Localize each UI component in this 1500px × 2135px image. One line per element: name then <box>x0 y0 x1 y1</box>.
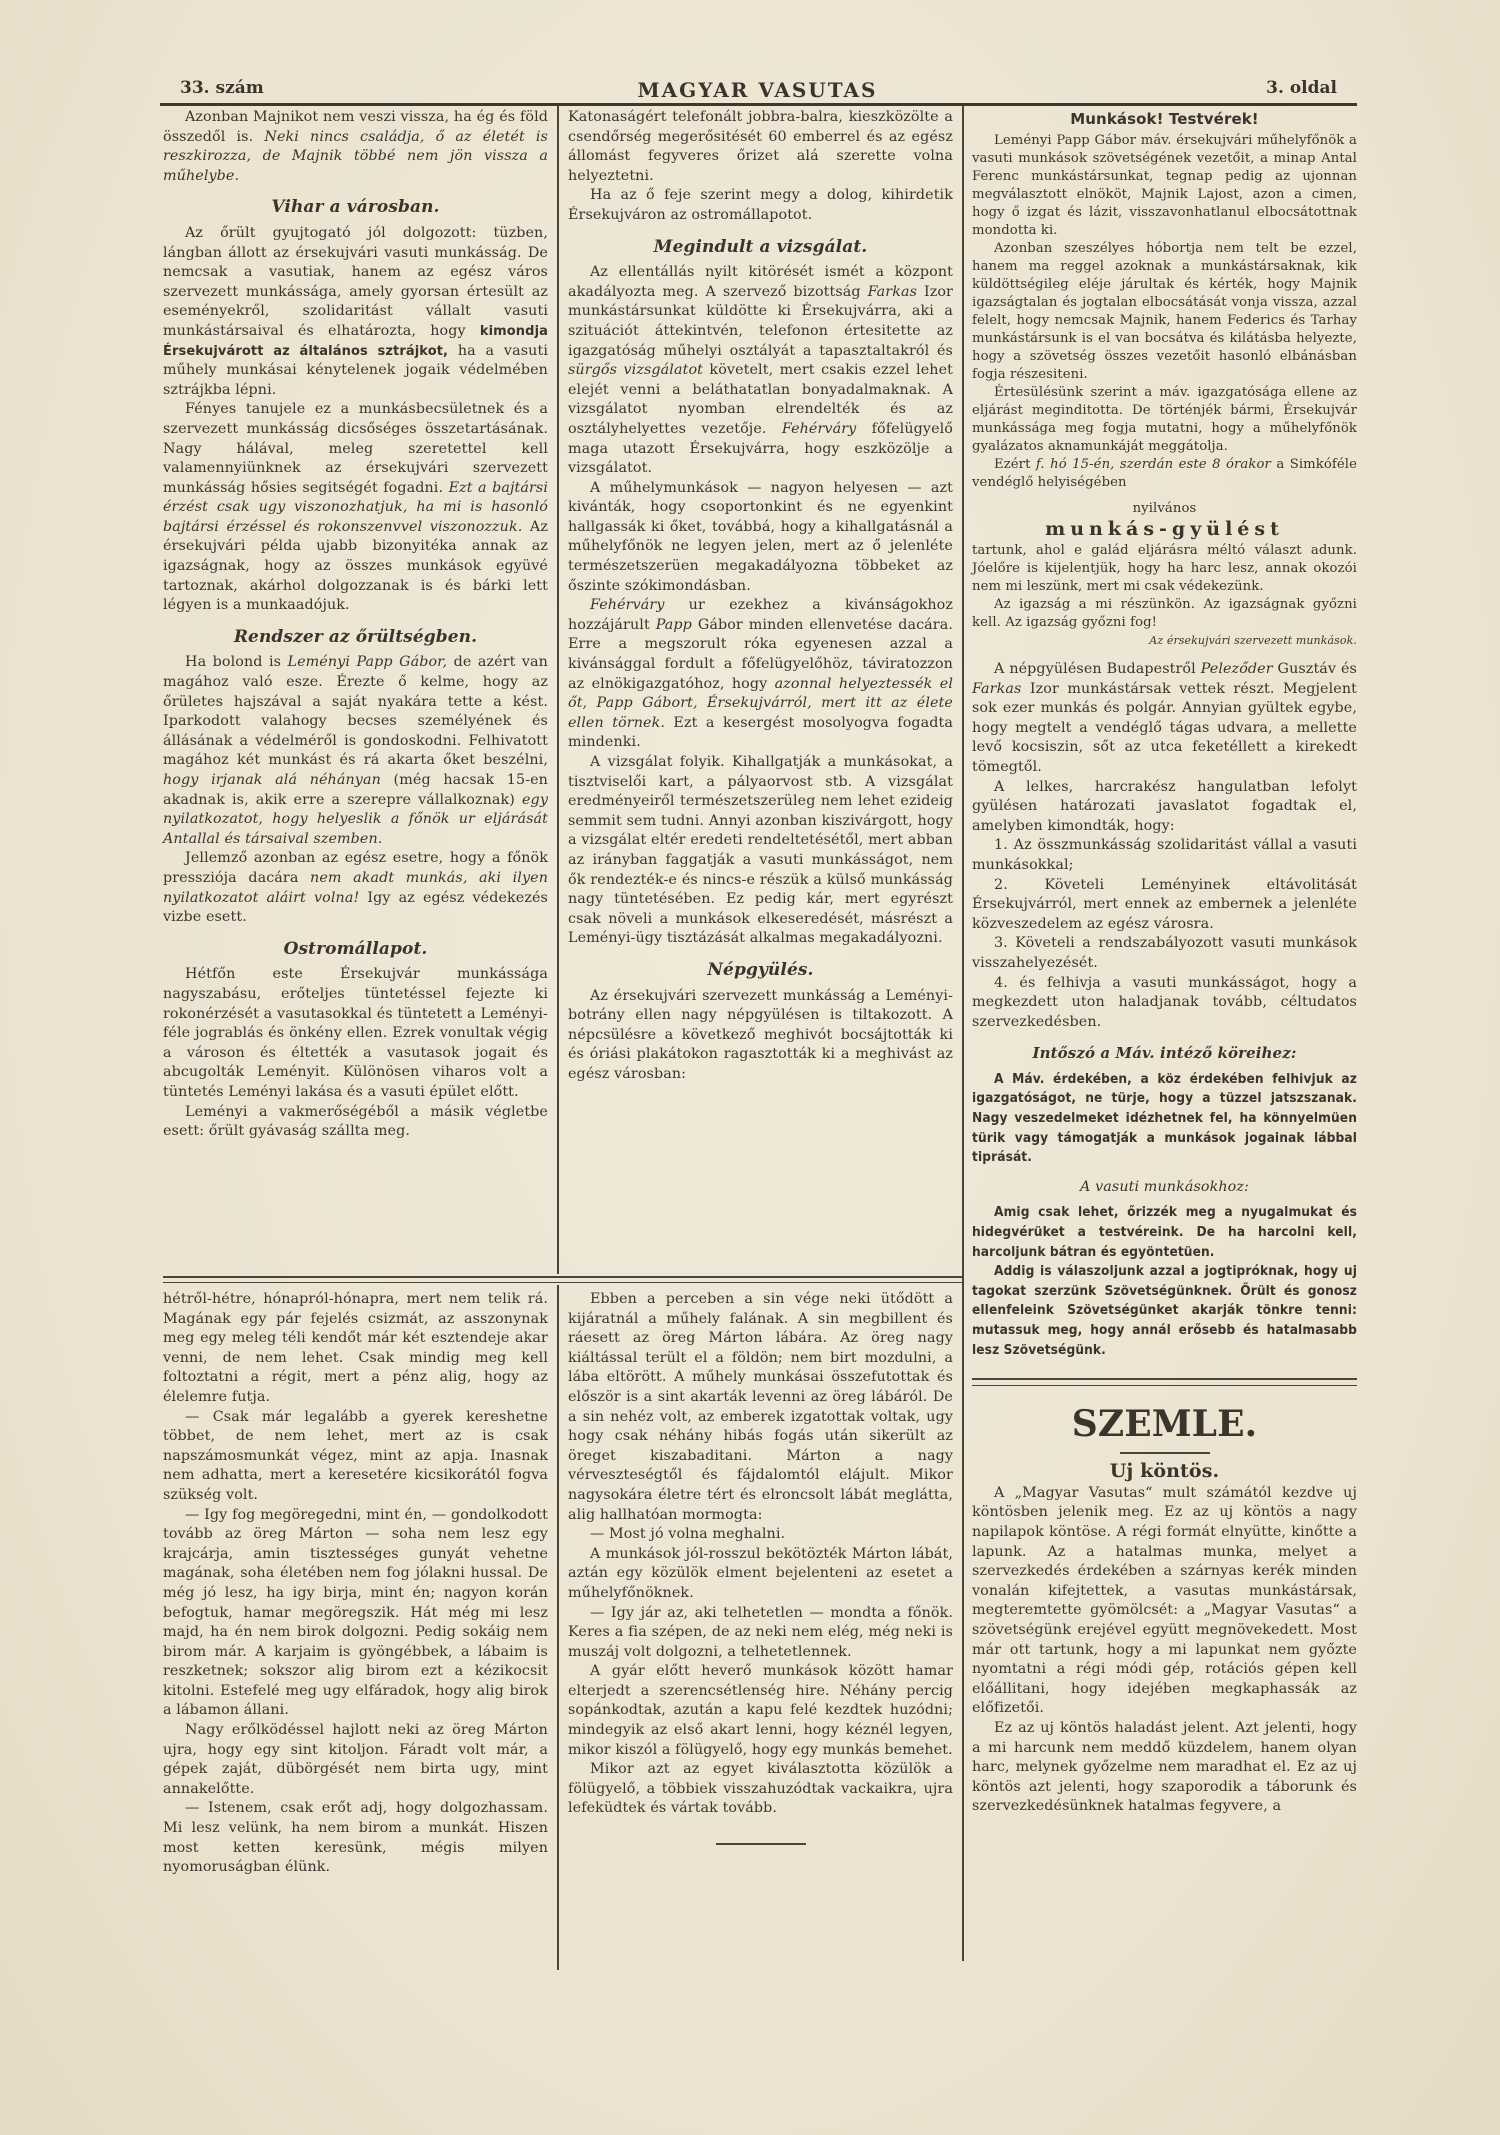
proclamation-heading: Munkások! Testvérek! <box>972 110 1357 128</box>
paragraph: Az őrült gyujtogató jól dolgozott: tüzbe… <box>163 224 548 400</box>
paragraph: hétről-hétre, hónapról-hónapra, mert nem… <box>163 1290 548 1408</box>
article-column-3: Munkások! Testvérek! Leményi Papp Gábor … <box>972 108 1357 1817</box>
signature: Az érsekujvári szervezett munkások. <box>972 632 1357 650</box>
paragraph: Fehérváry ur ezekhez a kivánságokhoz hoz… <box>568 596 953 753</box>
story-column-1-bottom: hétről-hétre, hónapról-hónapra, mert nem… <box>163 1290 548 1878</box>
paragraph: Leményi Papp Gábor máv. érsekujvári műhe… <box>972 132 1357 240</box>
page-header: 33. szám MAGYAR VASUTAS 3. oldal <box>160 78 1355 102</box>
paragraph: Az érsekujvári szervezett munkásság a Le… <box>568 987 953 1085</box>
article-column-2-top: Katonaságért telefonált jobbra-balra, ki… <box>568 108 953 1085</box>
paragraph: — Igy jár az, aki telhetetlen — mondta a… <box>568 1604 953 1663</box>
paragraph: Jellemző azonban az egész esetre, hogy a… <box>163 849 548 927</box>
column-rule <box>557 1285 559 1970</box>
section-heading: Rendszer az őrültségben. <box>163 628 548 648</box>
paragraph: Értesülésünk szerint a máv. igazgatósága… <box>972 384 1357 456</box>
paragraph: Az igazság a mi részünkön. Az igazságnak… <box>972 596 1357 632</box>
story-column-2-bottom: Ebben a perceben a sin vége neki ütődött… <box>568 1290 953 1853</box>
paragraph: A műhelymunkások — nagyon helyesen — azt… <box>568 479 953 597</box>
header-rule <box>160 103 1357 106</box>
section-heading: A vasuti munkásokhoz: <box>972 1178 1357 1198</box>
paragraph: Hétfőn este Érsekujvár munkássága nagysz… <box>163 965 548 1102</box>
column-rule <box>557 106 559 1274</box>
list-item: 2. Követeli Leményinek eltávolitását Érs… <box>972 876 1357 935</box>
paragraph: Az ellentállás nyilt kitörését ismét a k… <box>568 263 953 479</box>
review-heading: SZEMLE. <box>972 1402 1357 1446</box>
paragraph: — Igy fog megöregedni, mint én, — gondol… <box>163 1506 548 1722</box>
paragraph: — Most jó volna meghalni. <box>568 1525 953 1545</box>
section-divider <box>972 1378 1357 1386</box>
paragraph: Leményi a vakmerőségéből a másik végletb… <box>163 1103 548 1142</box>
paragraph: Ha az ő feje szerint megy a dolog, kihir… <box>568 186 953 225</box>
paragraph: A vizsgálat folyik. Kihallgatják a munká… <box>568 753 953 949</box>
meeting-heading: munkás-gyülést <box>972 520 1357 538</box>
paragraph: Azonban Majnikot nem veszi vissza, ha ég… <box>163 108 548 186</box>
paragraph: — Istenem, csak erőt adj, hogy dolgozhas… <box>163 1799 548 1877</box>
paragraph: Ezért f. hó 15-én, szerdán este 8 órakor… <box>972 456 1357 492</box>
section-heading: Megindult a vizsgálat. <box>568 238 953 258</box>
paragraph: Azonban szeszélyes hóbortja nem telt be … <box>972 240 1357 384</box>
page-number: 3. oldal <box>1266 78 1337 98</box>
paragraph: A népgyülésen Budapestről Peleződer Gusz… <box>972 660 1357 778</box>
paragraph: Katonaságért telefonált jobbra-balra, ki… <box>568 108 953 186</box>
paragraph: A Máv. érdekében, a köz érdekében felhiv… <box>972 1070 1357 1168</box>
article-subheading: Uj köntös. <box>972 1462 1357 1482</box>
list-item: 4. és felhivja a vasuti munkásságot, hog… <box>972 974 1357 1033</box>
section-heading: Népgyülés. <box>568 961 953 981</box>
paragraph: Amig csak lehet, őrizzék meg a nyugalmuk… <box>972 1203 1357 1262</box>
end-rule <box>716 1843 806 1845</box>
paragraph: Addig is válaszoljunk azzal a jogtiprókn… <box>972 1262 1357 1360</box>
paragraph: Ha bolond is Leményi Papp Gábor, de azér… <box>163 653 548 849</box>
section-heading: Ostromállapot. <box>163 940 548 960</box>
list-item: 3. Követeli a rendszabályozott vasuti mu… <box>972 934 1357 973</box>
column-rule <box>962 106 964 1961</box>
newspaper-page: 33. szám MAGYAR VASUTAS 3. oldal Azonban… <box>0 0 1500 2135</box>
paragraph: A munkások jól-rosszul bekötözték Márton… <box>568 1545 953 1604</box>
heading-rule <box>1120 1452 1210 1454</box>
paragraph: tartunk, ahol e galád eljárásra méltó vá… <box>972 542 1357 596</box>
section-heading: Intőszó a Máv. intéző köreihez: <box>972 1044 1357 1064</box>
paragraph: Ebben a perceben a sin vége neki ütődött… <box>568 1290 953 1525</box>
paragraph: A lelkes, harcrakész hangulatban lefolyt… <box>972 778 1357 837</box>
article-column-1-top: Azonban Majnikot nem veszi vissza, ha ég… <box>163 108 548 1142</box>
paragraph: A „Magyar Vasutas“ mult számától kezdve … <box>972 1484 1357 1719</box>
section-heading: Vihar a városban. <box>163 198 548 218</box>
paragraph: Nagy erőlködéssel hajlott neki az öreg M… <box>163 1721 548 1799</box>
paragraph: Ez az uj köntös haladást jelent. Azt jel… <box>972 1719 1357 1817</box>
paragraph: A gyár előtt heverő munkások között hama… <box>568 1662 953 1760</box>
section-divider <box>163 1276 963 1283</box>
paragraph: — Csak már legalább a gyerek kereshetne … <box>163 1408 548 1506</box>
paragraph: Fényes tanujele ez a munkásbecsületnek é… <box>163 400 548 616</box>
list-item: 1. Az összmunkásság szolidaritást vállal… <box>972 836 1357 875</box>
paragraph: nyilvános <box>972 500 1357 518</box>
masthead-title: MAGYAR VASUTAS <box>160 78 1355 102</box>
paragraph: Mikor azt az egyet kiválasztotta közülök… <box>568 1760 953 1819</box>
